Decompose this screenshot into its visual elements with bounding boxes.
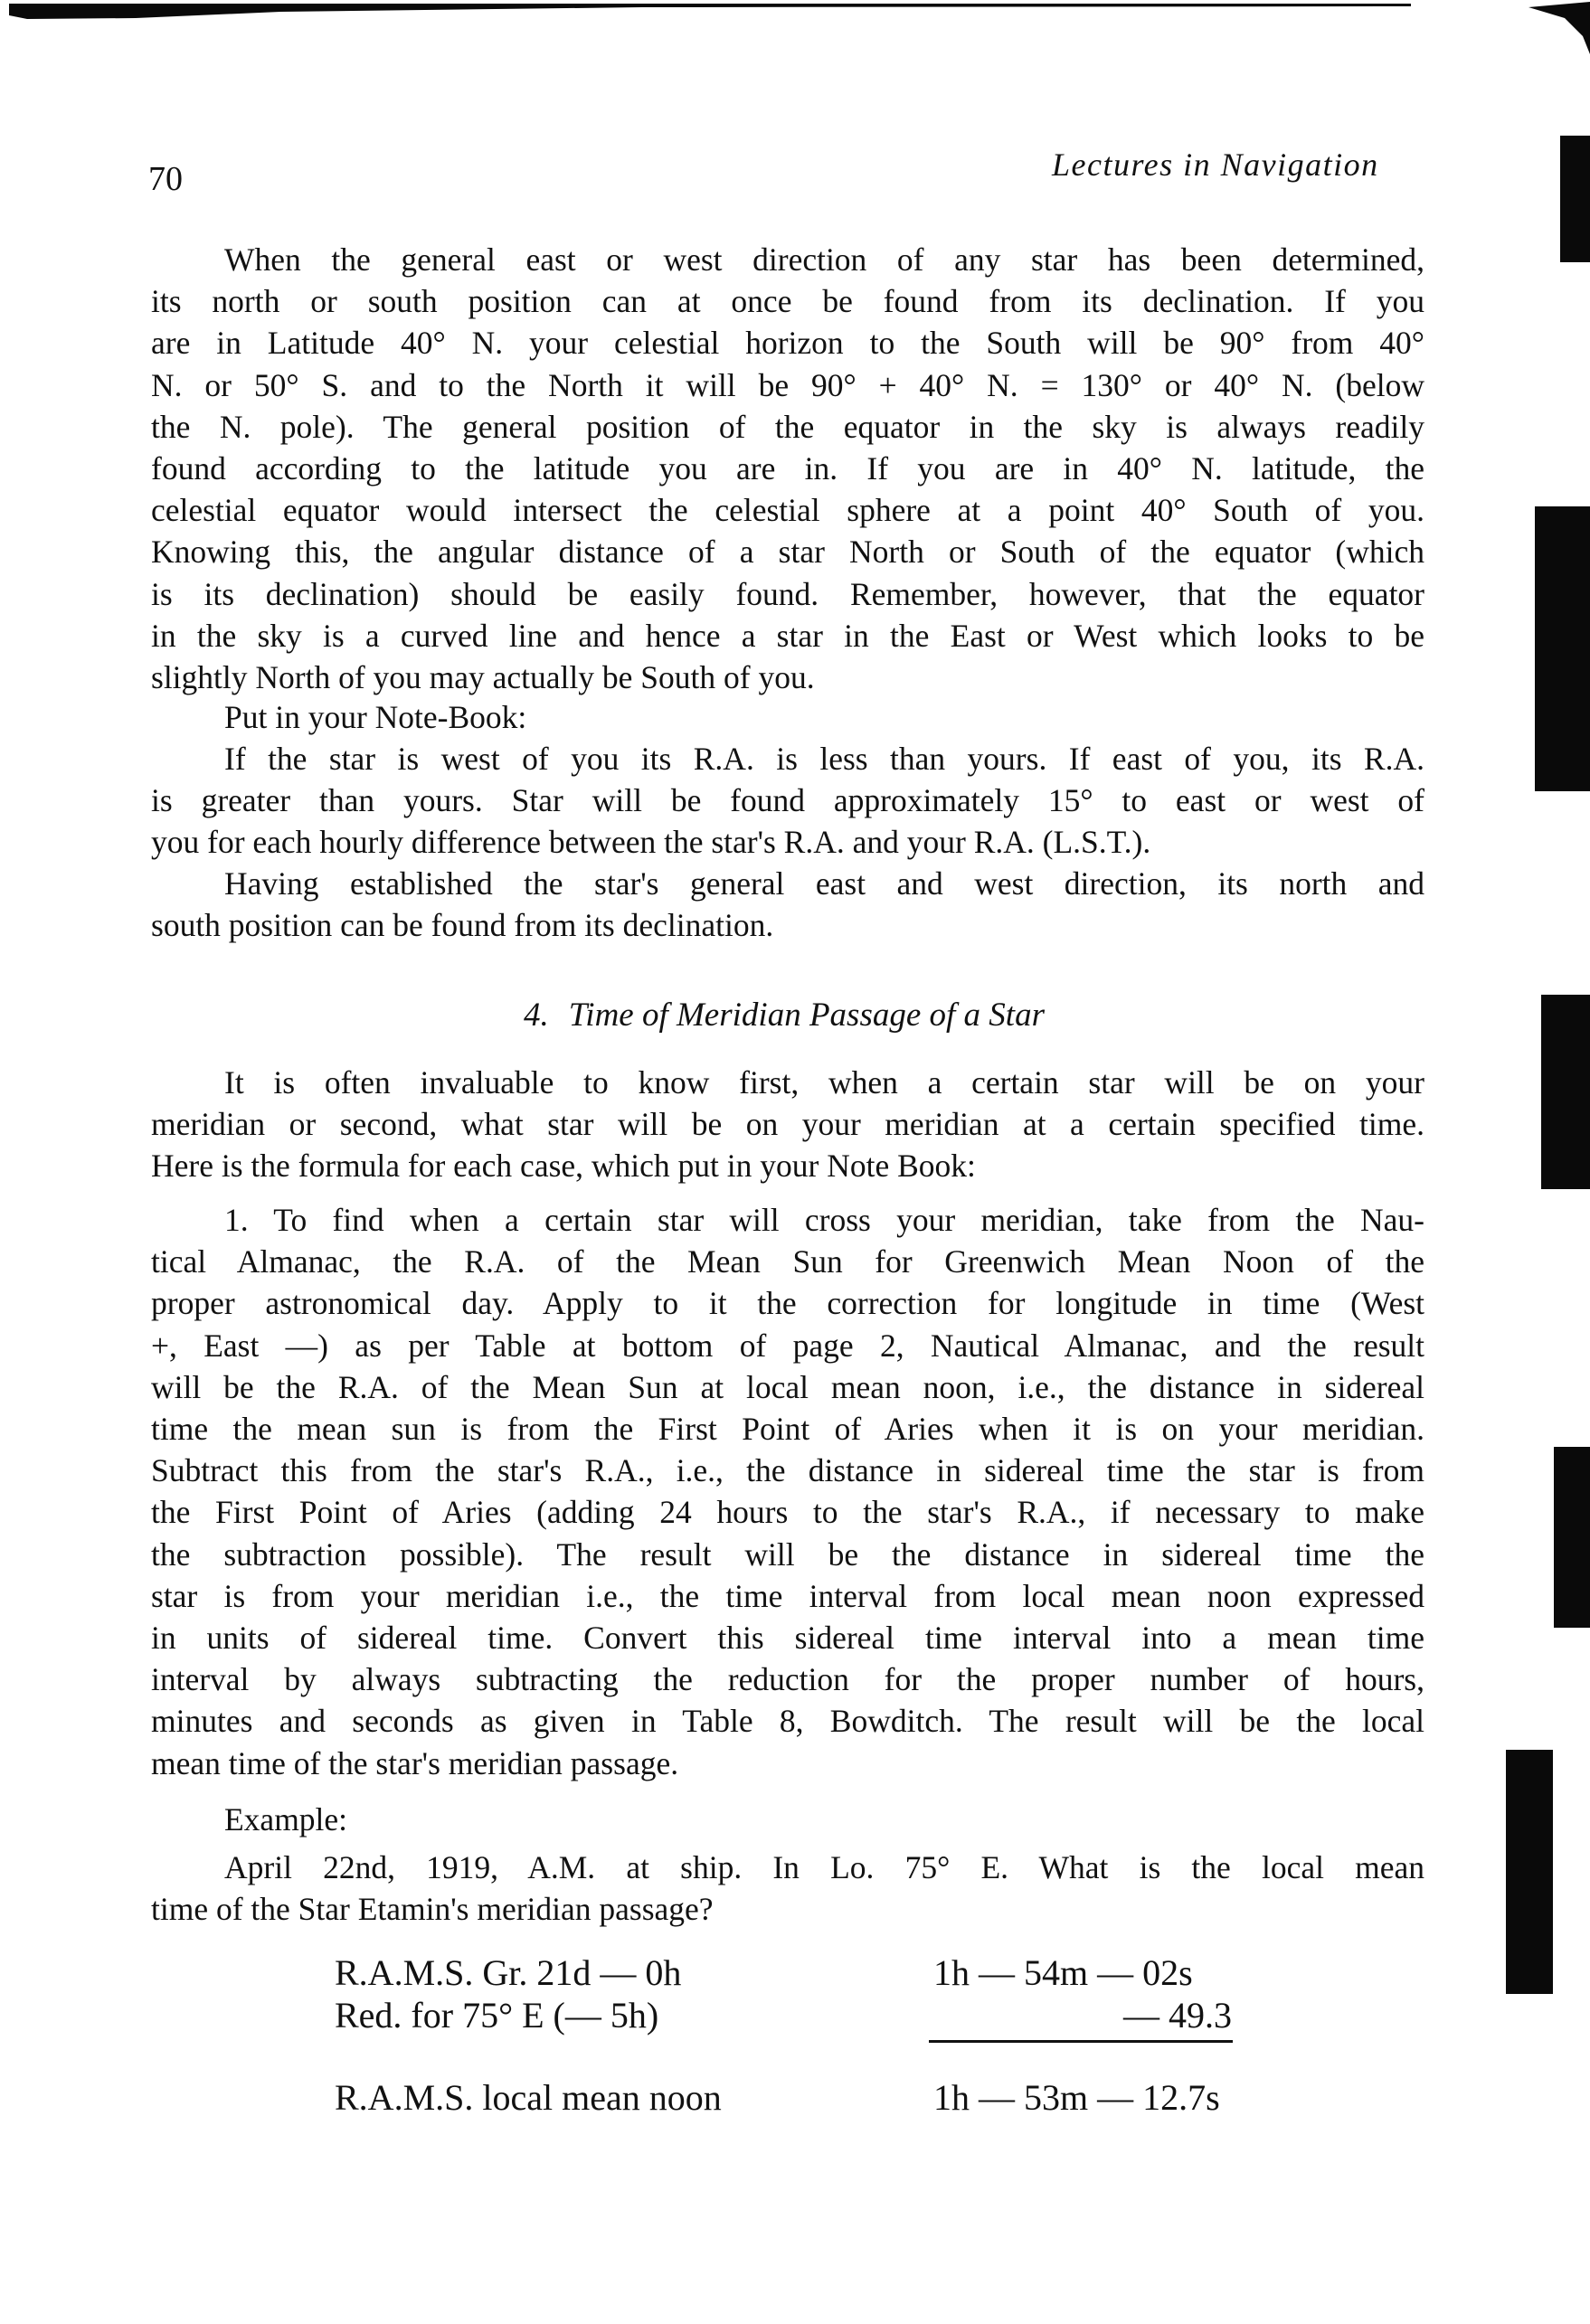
text-line: April 22nd, 1919, A.M. at ship. In Lo. 7… bbox=[224, 1849, 1424, 1885]
text-line: Knowing this, the angular distance of a … bbox=[151, 534, 1424, 570]
text-line: slightly North of you may actually be So… bbox=[151, 659, 1424, 695]
sum-rule bbox=[929, 2040, 1233, 2043]
text-line: will be the R.A. of the Mean Sun at loca… bbox=[151, 1369, 1424, 1405]
text-line: +, East —) as per Table at bottom of pag… bbox=[151, 1327, 1424, 1364]
running-head: Lectures in Navigation bbox=[1052, 146, 1379, 183]
text-line: meridian or second, what star will be on… bbox=[151, 1106, 1424, 1142]
section-number: 4. bbox=[524, 997, 549, 1034]
text-line: mean time of the star's meridian passage… bbox=[151, 1745, 1424, 1781]
text-line: minutes and seconds as given in Table 8,… bbox=[151, 1703, 1424, 1739]
text-line: star is from your meridian i.e., the tim… bbox=[151, 1578, 1424, 1614]
text-line: Subtract this from the star's R.A., i.e.… bbox=[151, 1452, 1424, 1488]
scan-corner-mark bbox=[1528, 0, 1590, 54]
text-line: in units of sidereal time. Convert this … bbox=[151, 1620, 1424, 1656]
scan-edge-mark bbox=[1554, 1447, 1590, 1628]
text-line: in the sky is a curved line and hence a … bbox=[151, 618, 1424, 654]
text-line: It is often invaluable to know first, wh… bbox=[224, 1064, 1424, 1101]
text-line: time of the Star Etamin's meridian passa… bbox=[151, 1891, 1424, 1927]
example-row-value: 1h — 54m — 02s bbox=[933, 1953, 1193, 1993]
text-line: If the star is west of you its R.A. is l… bbox=[224, 741, 1424, 777]
text-line: Put in your Note-Book: bbox=[224, 699, 1424, 735]
text-line: are in Latitude 40° N. your celestial ho… bbox=[151, 325, 1424, 361]
text-line: south position can be found from its dec… bbox=[151, 907, 1424, 943]
text-line: celestial equator would intersect the ce… bbox=[151, 492, 1424, 528]
text-line: is greater than yours. Star will be foun… bbox=[151, 782, 1424, 818]
text-line: found according to the latitude you are … bbox=[151, 450, 1424, 487]
text-line: proper astronomical day. Apply to it the… bbox=[151, 1285, 1424, 1321]
scan-edge-mark bbox=[1506, 1750, 1553, 1994]
text-line: time the mean sun is from the First Poin… bbox=[151, 1411, 1424, 1447]
text-line: is its declination) should be easily fou… bbox=[151, 576, 1424, 612]
text-line: its north or south position can at once … bbox=[151, 283, 1424, 319]
text-line: Example: bbox=[224, 1801, 1424, 1837]
example-row-value: — 49.3 bbox=[933, 1996, 1232, 2036]
example-row-label: R.A.M.S. Gr. 21d — 0h bbox=[335, 1953, 681, 1993]
section-title: Time of Meridian Passage of a Star bbox=[569, 997, 1045, 1034]
example-row-label: R.A.M.S. local mean noon bbox=[335, 2078, 722, 2118]
scan-edge-mark bbox=[1560, 136, 1590, 262]
section-heading: 4.Time of Meridian Passage of a Star bbox=[0, 997, 1579, 1034]
text-line: Here is the formula for each case, which… bbox=[151, 1148, 1424, 1184]
text-line: the subtraction possible). The result wi… bbox=[151, 1536, 1424, 1573]
scan-edge-mark bbox=[1535, 506, 1590, 791]
example-row-label: Red. for 75° E (— 5h) bbox=[335, 1996, 658, 2036]
text-line: Having established the star's general ea… bbox=[224, 865, 1424, 902]
scan-edge-shadow bbox=[9, 3, 1411, 21]
text-line: the N. pole). The general position of th… bbox=[151, 409, 1424, 445]
text-line: the First Point of Aries (adding 24 hour… bbox=[151, 1494, 1424, 1530]
text-line: N. or 50° S. and to the North it will be… bbox=[151, 367, 1424, 403]
example-row-value: 1h — 53m — 12.7s bbox=[933, 2078, 1220, 2118]
text-line: tical Almanac, the R.A. of the Mean Sun … bbox=[151, 1243, 1424, 1280]
text-line: you for each hourly difference between t… bbox=[151, 824, 1424, 860]
text-line: When the general east or west direction … bbox=[224, 241, 1424, 278]
text-line: interval by always subtracting the reduc… bbox=[151, 1661, 1424, 1697]
text-line: 1. To find when a certain star will cros… bbox=[224, 1202, 1424, 1238]
page-number: 70 bbox=[148, 161, 183, 197]
